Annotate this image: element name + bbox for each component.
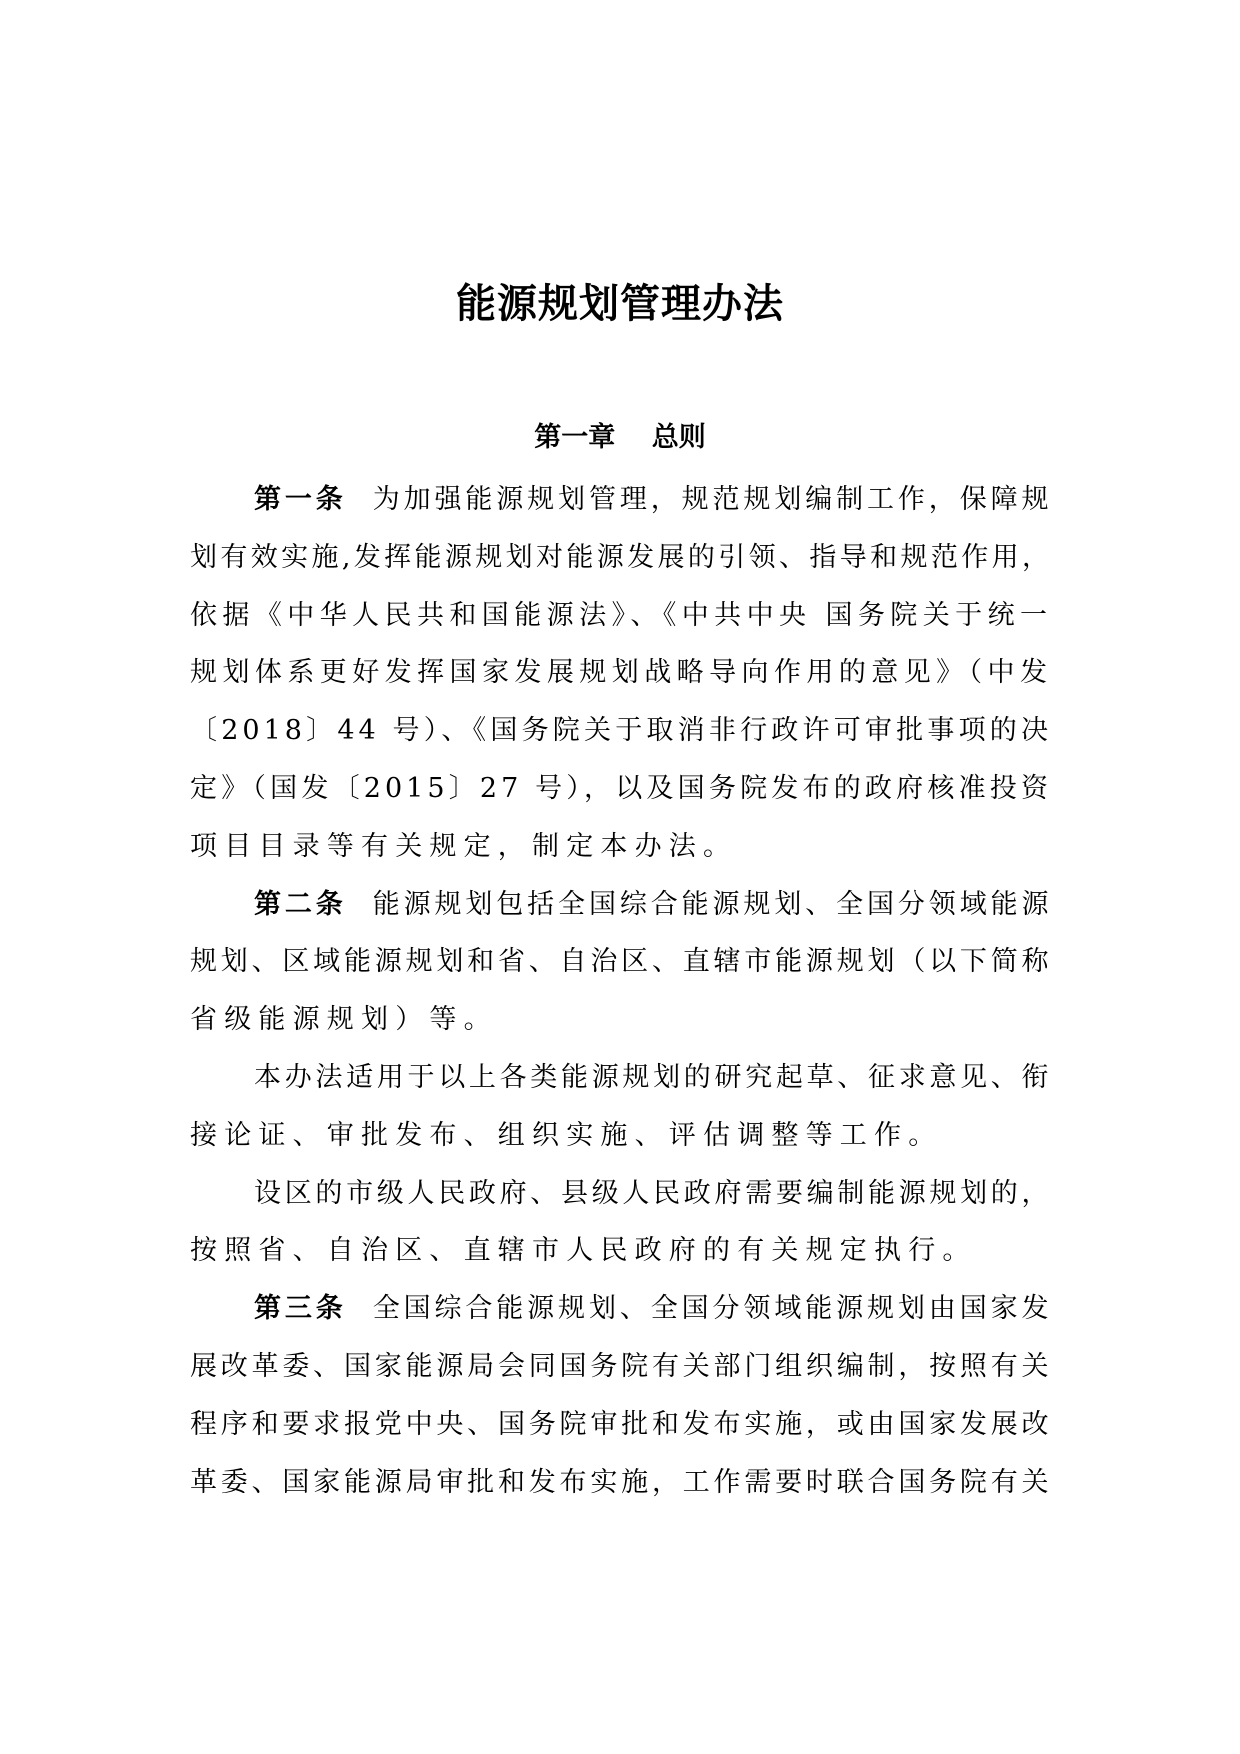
article-1-line-3: 依据《中华人民共和国能源法》、《中共中央 国务院关于统一 xyxy=(190,587,1052,645)
article-2-line-2: 规划、区域能源规划和省、自治区、直辖市能源规划（以下简称 xyxy=(190,933,1052,991)
article-number: 第三条 xyxy=(254,1293,347,1324)
document-page: 能源规划管理办法 第一章 总则 第一条为加强能源规划管理，规范规划编制工作，保障… xyxy=(0,0,1240,1754)
article-number: 第一条 xyxy=(254,484,347,515)
article-1-line-7: 项目目录等有关规定，制定本办法。 xyxy=(190,818,1052,876)
chapter-heading: 第一章 总则 xyxy=(0,418,1240,458)
paragraph-text: 为加强能源规划管理，规范规划编制工作，保障规 xyxy=(373,484,1052,515)
paragraph-text: 全国综合能源规划、全国分领域能源规划由国家发 xyxy=(373,1293,1052,1324)
article-number: 第二条 xyxy=(254,889,347,920)
article-2-line-1: 第二条能源规划包括全国综合能源规划、全国分领域能源 xyxy=(190,876,1052,934)
local-gov-paragraph-line-1: 设区的市级人民政府、县级人民政府需要编制能源规划的， xyxy=(190,1165,1052,1223)
article-1-line-1: 第一条为加强能源规划管理，规范规划编制工作，保障规 xyxy=(190,471,1052,529)
article-1-line-2: 划有效实施,发挥能源规划对能源发展的引领、指导和规范作用， xyxy=(190,529,1052,587)
article-3-line-2: 展改革委、国家能源局会同国务院有关部门组织编制，按照有关 xyxy=(190,1338,1052,1396)
article-2-line-3: 省级能源规划）等。 xyxy=(190,991,1052,1049)
article-1-line-4: 规划体系更好发挥国家发展规划战略导向作用的意见》（中发 xyxy=(190,644,1052,702)
article-3-line-4: 革委、国家能源局审批和发布实施，工作需要时联合国务院有关 xyxy=(190,1454,1052,1512)
article-3-line-3: 程序和要求报党中央、国务院审批和发布实施，或由国家发展改 xyxy=(190,1396,1052,1454)
document-title: 能源规划管理办法 xyxy=(0,278,1240,330)
local-gov-paragraph-line-2: 按照省、自治区、直辖市人民政府的有关规定执行。 xyxy=(190,1222,1052,1280)
paragraph-text: 能源规划包括全国综合能源规划、全国分领域能源 xyxy=(373,889,1052,920)
document-body: 第一条为加强能源规划管理，规范规划编制工作，保障规 划有效实施,发挥能源规划对能… xyxy=(190,471,1052,1511)
article-3-line-1: 第三条全国综合能源规划、全国分领域能源规划由国家发 xyxy=(190,1280,1052,1338)
scope-paragraph-line-1: 本办法适用于以上各类能源规划的研究起草、征求意见、衔 xyxy=(190,1049,1052,1107)
scope-paragraph-line-2: 接论证、审批发布、组织实施、评估调整等工作。 xyxy=(190,1107,1052,1165)
article-1-line-6: 定》（国发〔2015〕27 号），以及国务院发布的政府核准投资 xyxy=(190,760,1052,818)
article-1-line-5: 〔2018〕44 号）、《国务院关于取消非行政许可审批事项的决 xyxy=(190,702,1052,760)
